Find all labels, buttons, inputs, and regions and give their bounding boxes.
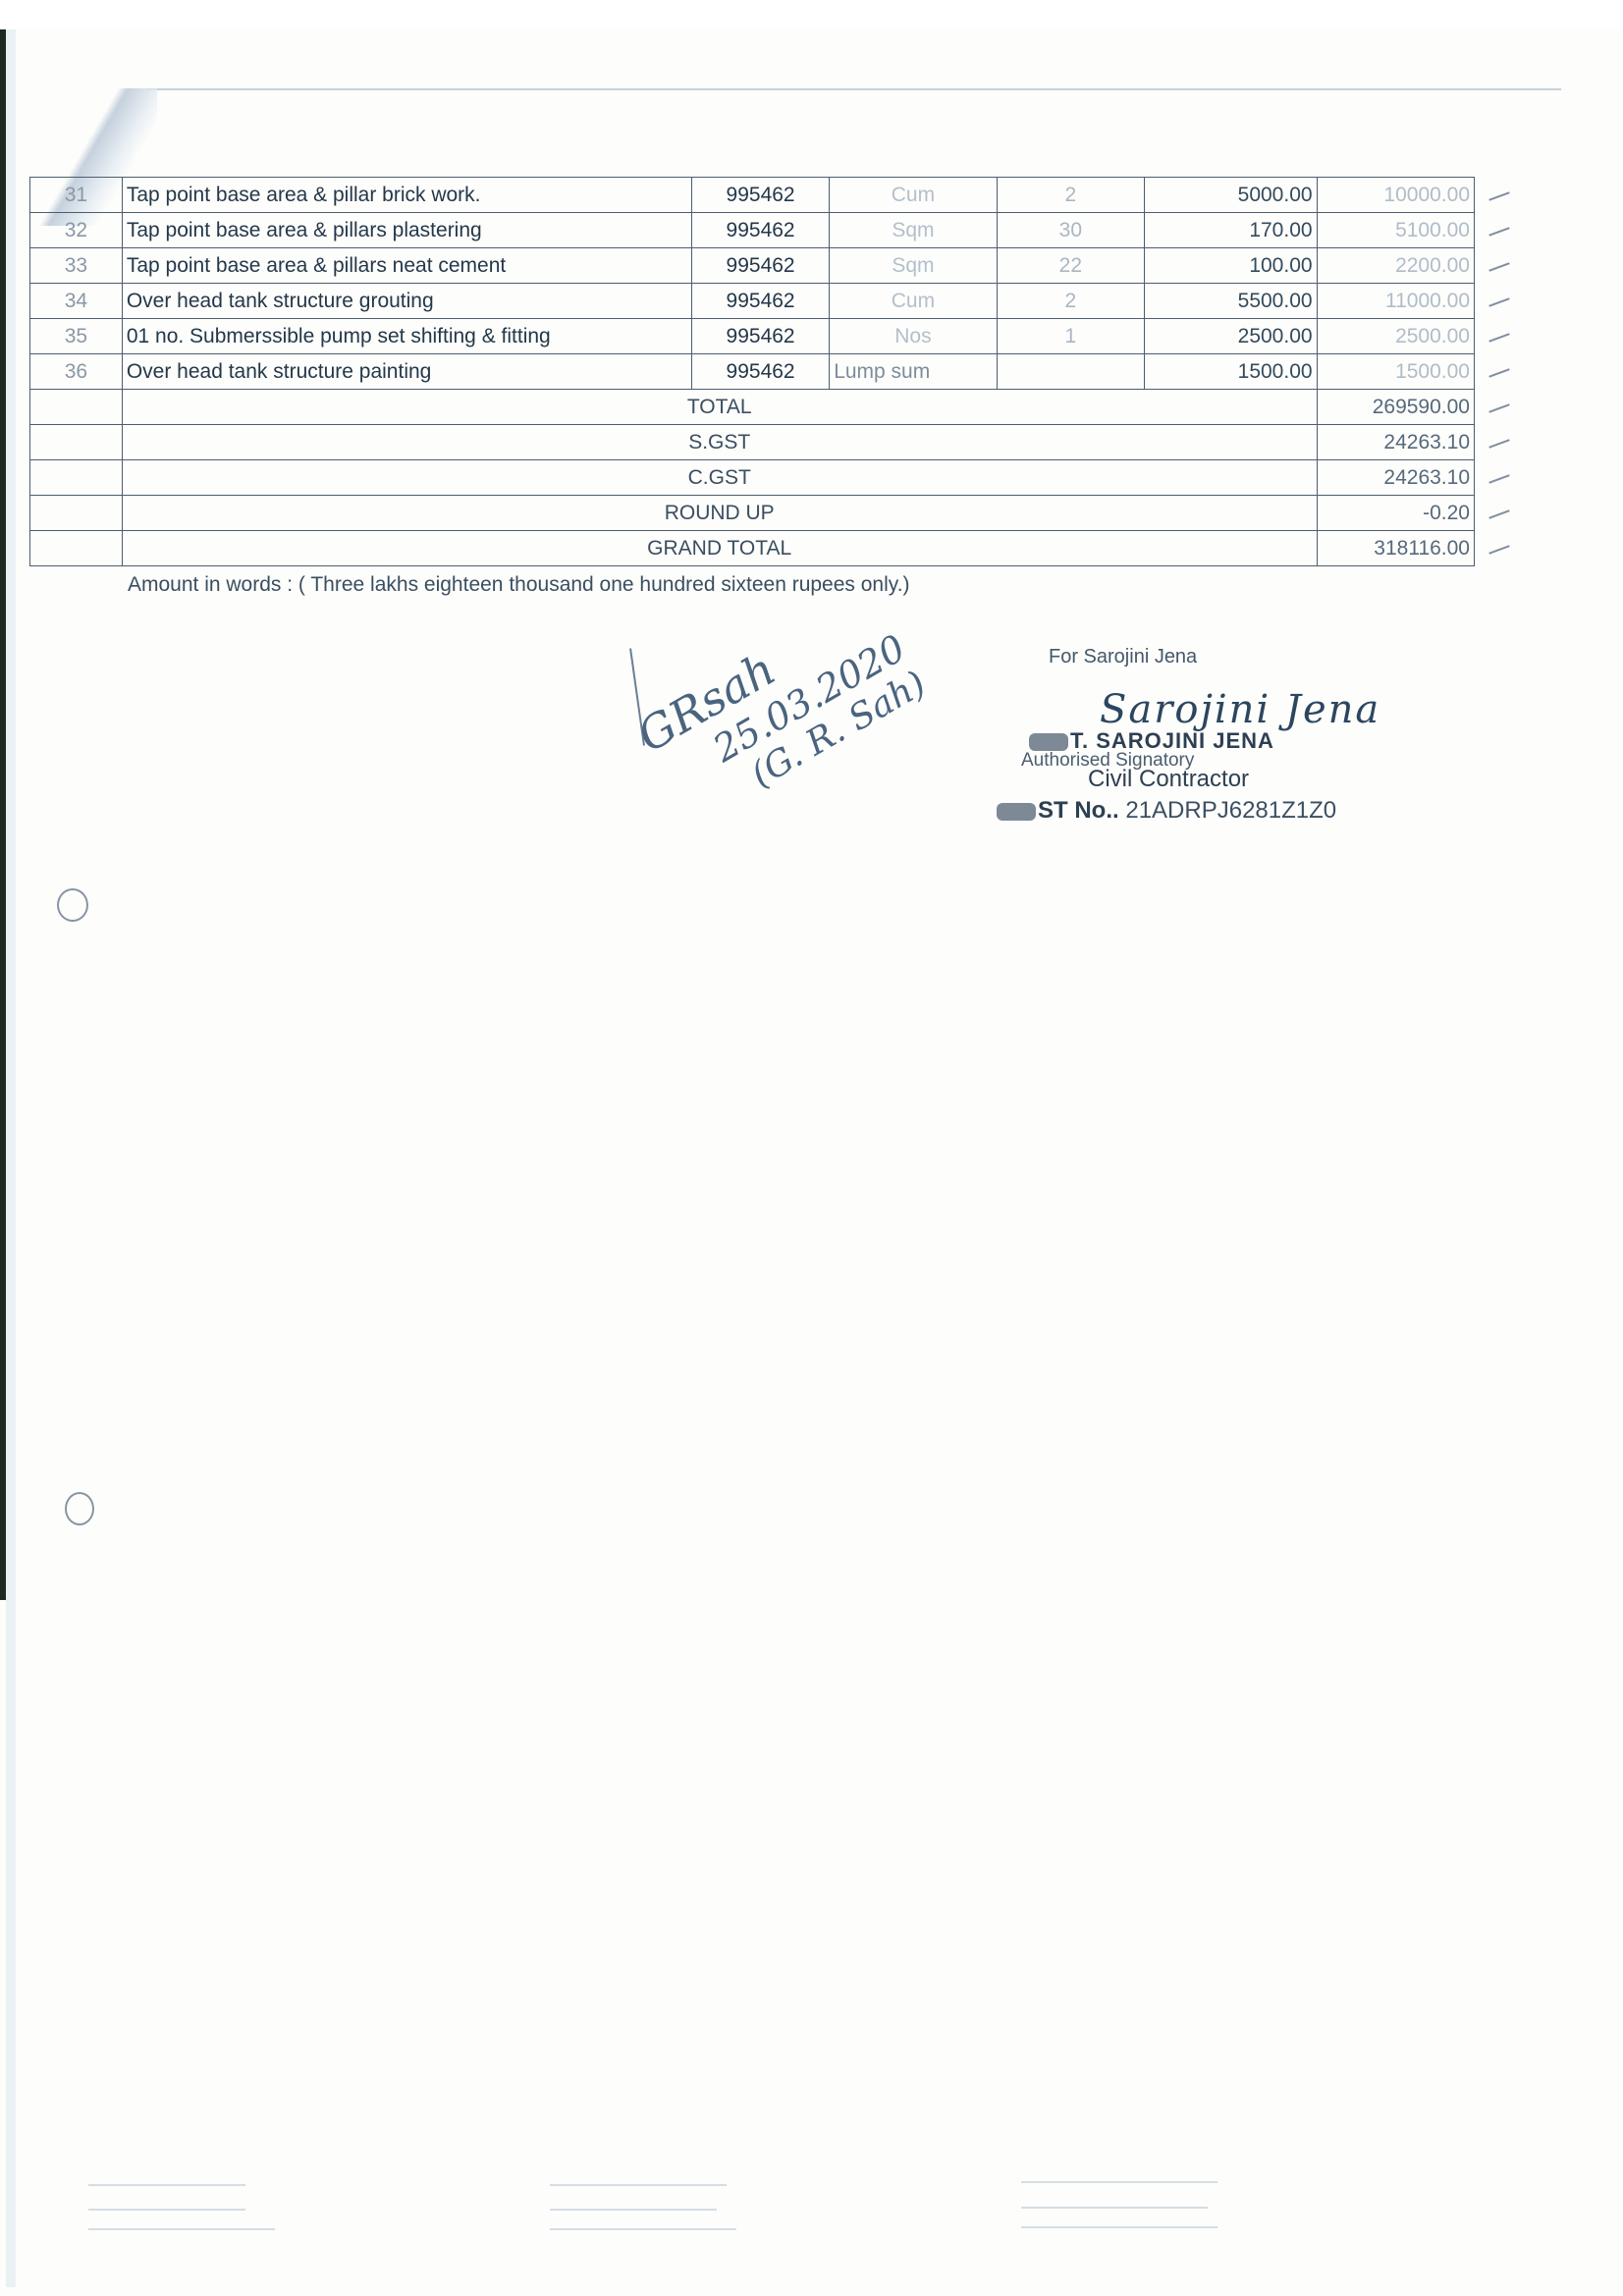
check-tick-mark — [1488, 509, 1509, 518]
summary-label: GRAND TOTAL — [122, 531, 1317, 566]
unit-cell: Cum — [830, 284, 998, 319]
faint-footer-line — [1021, 2181, 1217, 2183]
punch-hole-mark — [57, 888, 88, 922]
quantity-cell: 22 — [997, 248, 1144, 284]
scan-top-margin — [0, 0, 1623, 29]
empty-cell — [30, 496, 123, 531]
stamp-title: Civil Contractor — [1088, 766, 1249, 793]
table-row: 31Tap point base area & pillar brick wor… — [30, 178, 1475, 213]
summary-value: 318116.00 — [1317, 531, 1474, 566]
summary-label: S.GST — [122, 425, 1317, 460]
rate-cell: 1500.00 — [1145, 354, 1318, 390]
amount-cell: 2200.00 — [1317, 248, 1474, 284]
serial-no-cell: 35 — [30, 319, 123, 354]
summary-row: S.GST24263.10 — [30, 425, 1475, 460]
faint-footer-line — [88, 2184, 245, 2186]
check-tick-mark — [1488, 227, 1509, 236]
amount-cell: 2500.00 — [1317, 319, 1474, 354]
quantity-cell: 2 — [997, 284, 1144, 319]
faint-footer-line — [550, 2209, 717, 2211]
rate-cell: 5000.00 — [1145, 178, 1318, 213]
quantity-cell — [997, 354, 1144, 390]
item-description-cell: Tap point base area & pillar brick work. — [122, 178, 691, 213]
summary-value: 24263.10 — [1317, 425, 1474, 460]
bill-items-table: 31Tap point base area & pillar brick wor… — [29, 177, 1475, 566]
serial-no-cell: 34 — [30, 284, 123, 319]
table-row: 34Over head tank structure grouting99546… — [30, 284, 1475, 319]
hsn-code-cell: 995462 — [691, 319, 829, 354]
check-tick-mark — [1488, 403, 1509, 412]
faint-footer-line — [1021, 2226, 1217, 2228]
punch-hole-mark — [65, 1492, 94, 1525]
quantity-cell: 30 — [997, 213, 1144, 248]
item-description-cell: Over head tank structure painting — [122, 354, 691, 390]
check-tick-mark — [1488, 262, 1509, 271]
empty-cell — [30, 390, 123, 425]
item-description-cell: Tap point base area & pillars neat cemen… — [122, 248, 691, 284]
ink-blot — [1029, 733, 1068, 751]
summary-label: C.GST — [122, 460, 1317, 496]
check-tick-mark — [1488, 297, 1509, 306]
empty-cell — [30, 460, 123, 496]
empty-cell — [30, 425, 123, 460]
for-company-line: For Sarojini Jena — [1049, 646, 1197, 668]
amount-cell: 11000.00 — [1317, 284, 1474, 319]
hsn-code-cell: 995462 — [691, 213, 829, 248]
check-tick-mark — [1488, 474, 1509, 483]
serial-no-cell: 31 — [30, 178, 123, 213]
stamp-gst: ST No.. 21ADRPJ6281Z1Z0 — [997, 797, 1336, 825]
unit-cell: Cum — [830, 178, 998, 213]
check-tick-mark — [1488, 368, 1509, 377]
summary-row: TOTAL269590.00 — [30, 390, 1475, 425]
scan-edge-tint — [6, 29, 16, 2287]
item-description-cell: Tap point base area & pillars plastering — [122, 213, 691, 248]
amount-cell: 1500.00 — [1317, 354, 1474, 390]
summary-value: 269590.00 — [1317, 390, 1474, 425]
serial-no-cell: 32 — [30, 213, 123, 248]
amount-cell: 5100.00 — [1317, 213, 1474, 248]
item-description-cell: 01 no. Submerssible pump set shifting & … — [122, 319, 691, 354]
table-row: 36Over head tank structure painting99546… — [30, 354, 1475, 390]
unit-cell: Sqm — [830, 213, 998, 248]
check-tick-mark — [1488, 439, 1509, 448]
rate-cell: 2500.00 — [1145, 319, 1318, 354]
summary-value: -0.20 — [1317, 496, 1474, 531]
verification-handwriting: GRsah 25.03.2020 (G. R. Sah) — [628, 580, 933, 834]
page-top-rule — [147, 88, 1561, 90]
summary-label: ROUND UP — [122, 496, 1317, 531]
gst-number: 21ADRPJ6281Z1Z0 — [1125, 797, 1336, 824]
amount-in-words-label: Amount in words : — [128, 573, 298, 596]
faint-footer-line — [88, 2209, 245, 2211]
faint-footer-line — [1021, 2207, 1208, 2209]
amount-in-words: Amount in words : ( Three lakhs eighteen… — [128, 573, 910, 597]
empty-cell — [30, 531, 123, 566]
serial-no-cell: 33 — [30, 248, 123, 284]
unit-cell: Lump sum — [830, 354, 998, 390]
faint-footer-line — [550, 2228, 736, 2230]
item-description-cell: Over head tank structure grouting — [122, 284, 691, 319]
table-row: 32Tap point base area & pillars plasteri… — [30, 213, 1475, 248]
faint-footer-line — [550, 2184, 727, 2186]
hsn-code-cell: 995462 — [691, 248, 829, 284]
quantity-cell: 1 — [997, 319, 1144, 354]
rate-cell: 100.00 — [1145, 248, 1318, 284]
hsn-code-cell: 995462 — [691, 284, 829, 319]
check-tick-mark — [1488, 191, 1509, 200]
amount-cell: 10000.00 — [1317, 178, 1474, 213]
hsn-code-cell: 995462 — [691, 354, 829, 390]
summary-row: ROUND UP-0.20 — [30, 496, 1475, 531]
contractor-signature: Sarojini Jena — [1100, 687, 1380, 732]
check-tick-mark — [1488, 333, 1509, 342]
summary-label: TOTAL — [122, 390, 1317, 425]
faint-footer-line — [88, 2228, 275, 2230]
unit-cell: Nos — [830, 319, 998, 354]
summary-value: 24263.10 — [1317, 460, 1474, 496]
summary-row: C.GST24263.10 — [30, 460, 1475, 496]
unit-cell: Sqm — [830, 248, 998, 284]
amount-in-words-text: ( Three lakhs eighteen thousand one hund… — [298, 573, 910, 596]
serial-no-cell: 36 — [30, 354, 123, 390]
ink-blot — [997, 803, 1036, 821]
hsn-code-cell: 995462 — [691, 178, 829, 213]
rate-cell: 170.00 — [1145, 213, 1318, 248]
table-row: 33Tap point base area & pillars neat cem… — [30, 248, 1475, 284]
rate-cell: 5500.00 — [1145, 284, 1318, 319]
check-tick-mark — [1488, 545, 1509, 554]
summary-row: GRAND TOTAL318116.00 — [30, 531, 1475, 566]
quantity-cell: 2 — [997, 178, 1144, 213]
table-row: 3501 no. Submerssible pump set shifting … — [30, 319, 1475, 354]
